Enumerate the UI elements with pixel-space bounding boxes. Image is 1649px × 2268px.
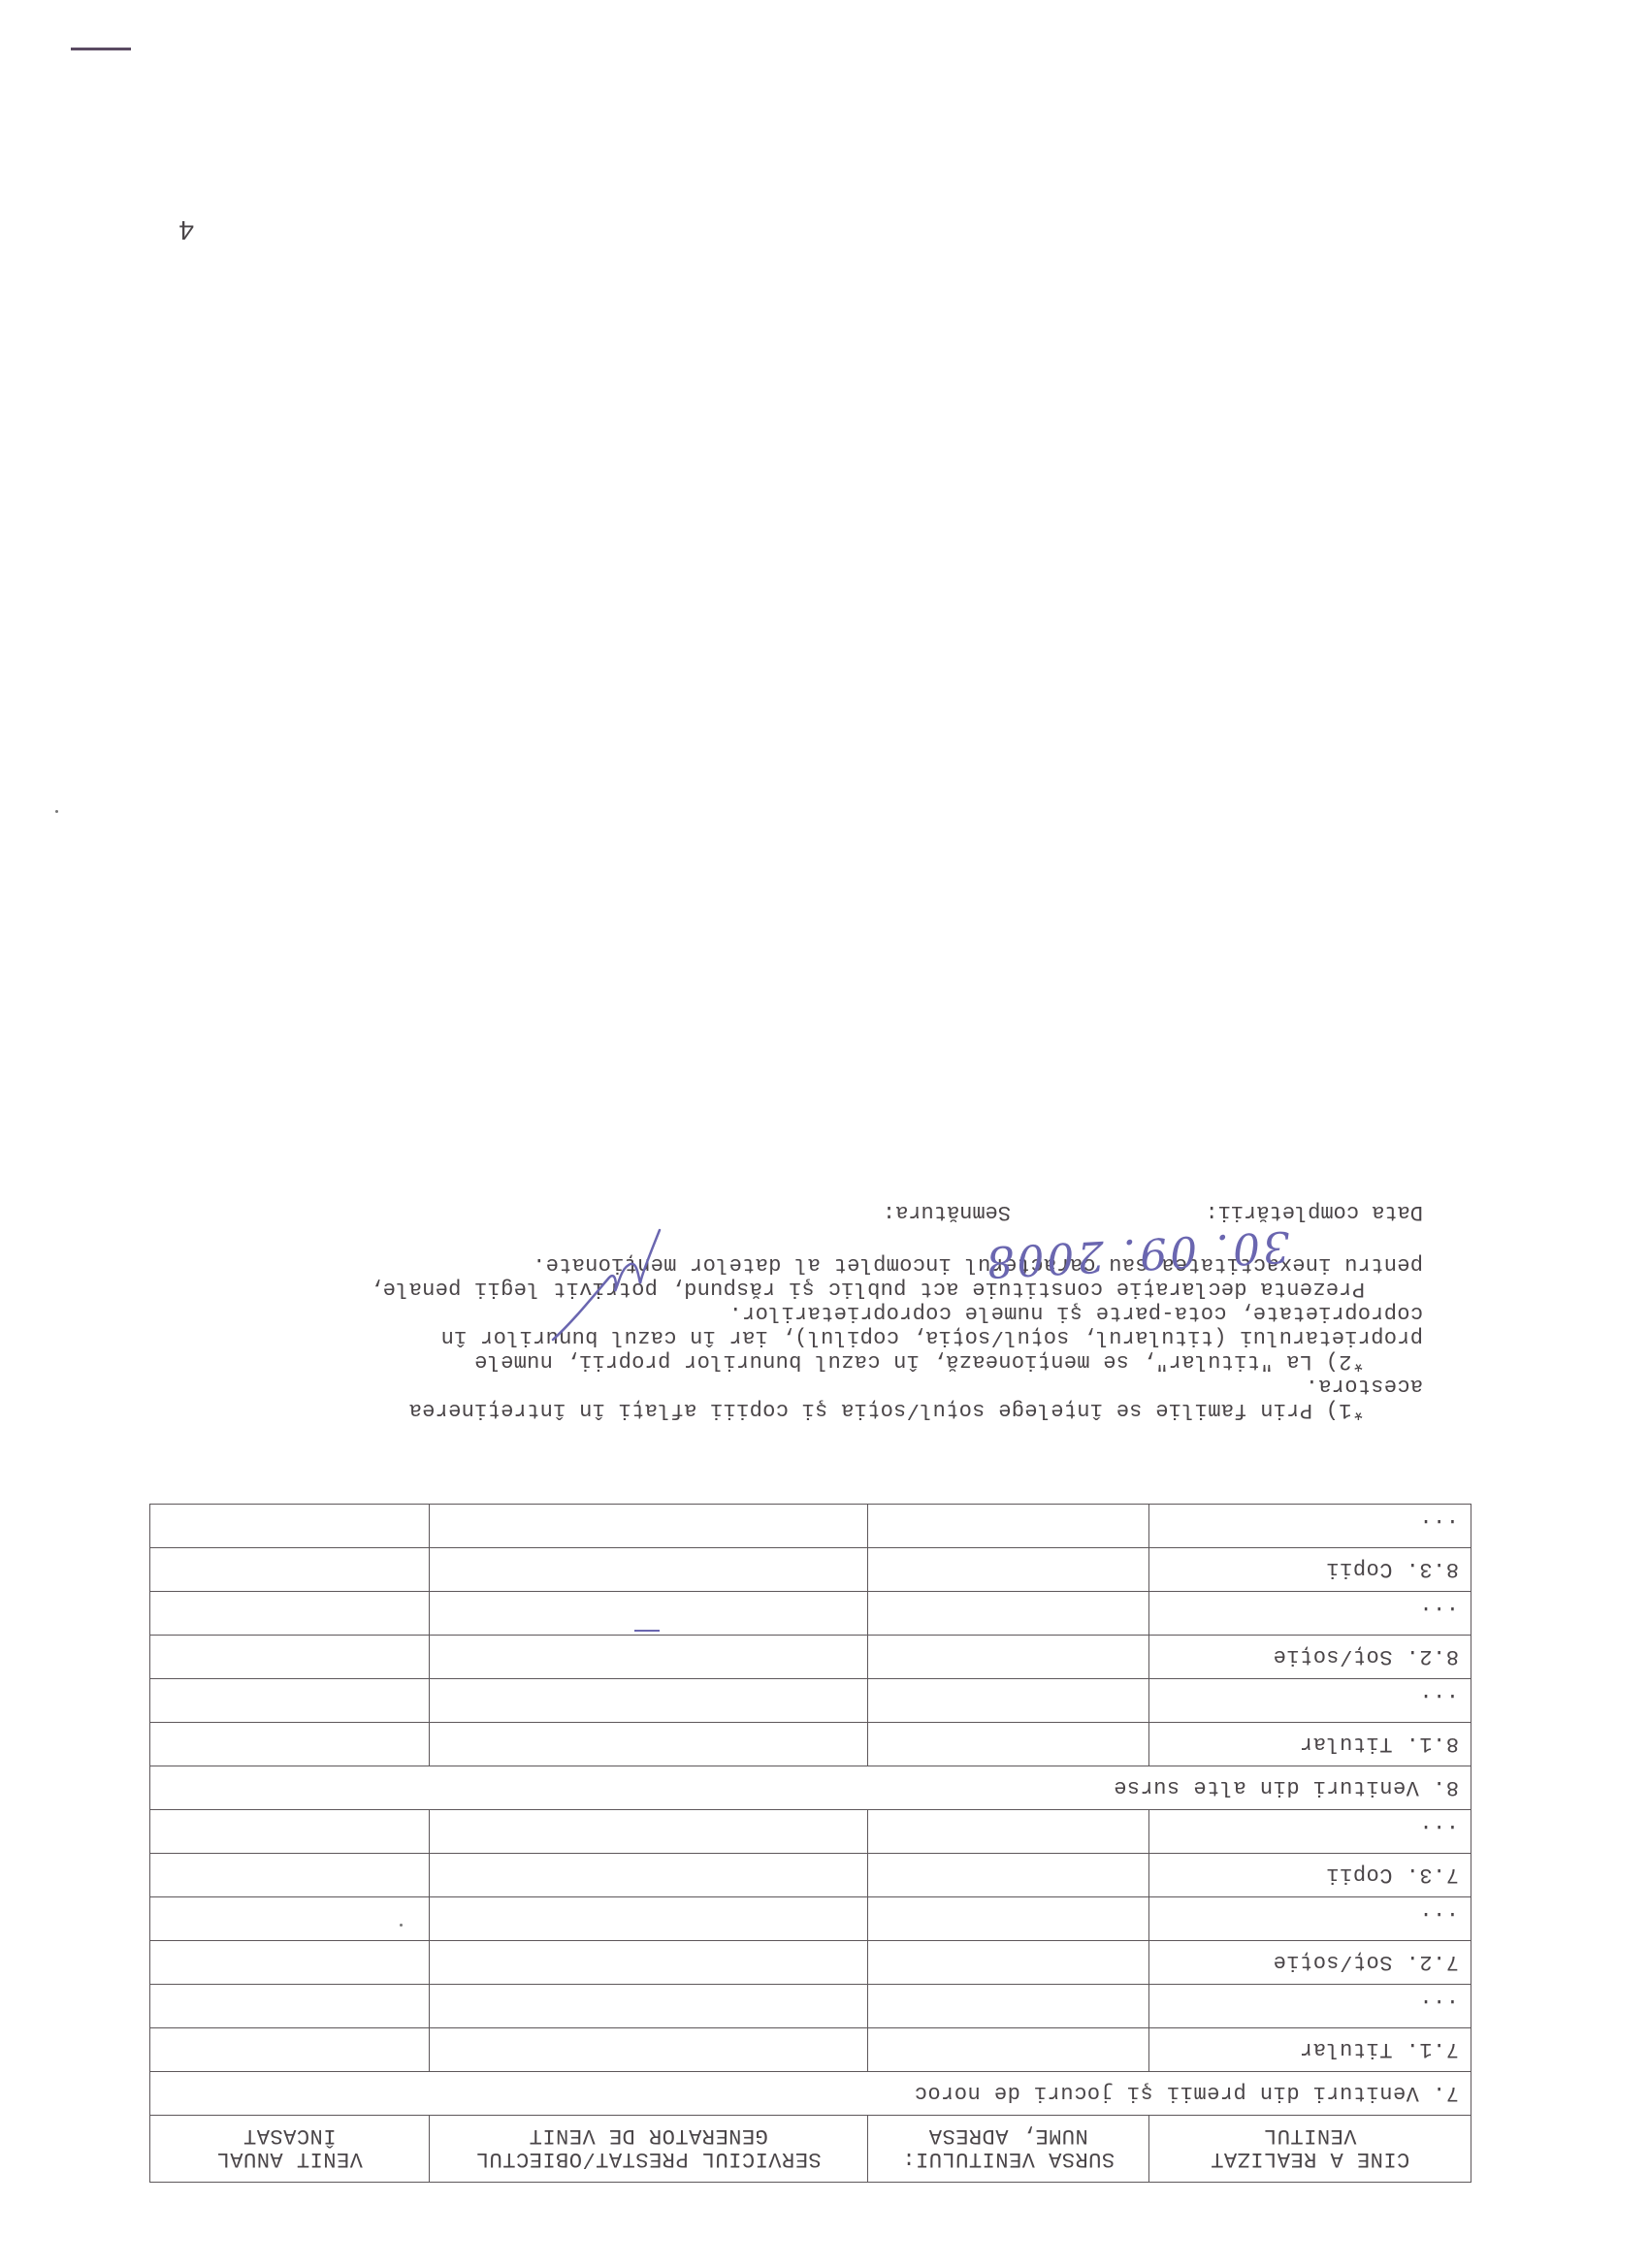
table-row: 8.3. Copii: [150, 1548, 1471, 1592]
cell-amount: [150, 1592, 430, 1636]
header-service: SERVICIUL PRESTAT/OBIECTUL GENERATOR DE …: [430, 2116, 868, 2183]
table-row: ...: [150, 1679, 1471, 1723]
cell-source: [868, 1505, 1149, 1548]
footnote-1-line-2: acestora.: [162, 1374, 1423, 1398]
cell-source: [868, 1810, 1149, 1854]
cell-who: 7.3. Copii: [1149, 1854, 1471, 1897]
cell-amount: [150, 1897, 430, 1941]
signature-scribble: [543, 1225, 679, 1342]
footnote-1-line-1: *1) Prin familie se înţelege soţul/soţia…: [162, 1398, 1423, 1422]
cell-source: [868, 1723, 1149, 1766]
cell-who: 7.1. Titular: [1149, 2028, 1471, 2072]
cell-amount: [150, 1723, 430, 1766]
cell-source: [868, 1897, 1149, 1941]
header-amount: VENIT ANUAL ÎNCASAT: [150, 2116, 430, 2183]
cell-amount: [150, 1985, 430, 2028]
table-row: ...: [150, 1505, 1471, 1548]
cell-amount: [150, 1941, 430, 1985]
cell-service: [430, 1548, 868, 1592]
table-row: ...: [150, 1897, 1471, 1941]
footnote-2-line-3: coproprietate, cota-parte şi numele copr…: [162, 1301, 1423, 1325]
cell-source: [868, 1548, 1149, 1592]
cell-service: [430, 1854, 868, 1897]
table-row: 8.1. Titular: [150, 1723, 1471, 1766]
section-row: 8. Venituri din alte surse: [150, 1766, 1471, 1810]
cell-service: [430, 1810, 868, 1854]
section-row: 7. Venituri din premii şi jocuri de noro…: [150, 2072, 1471, 2116]
cell-source: [868, 1636, 1149, 1679]
cell-who: ...: [1149, 1985, 1471, 2028]
cell-source: [868, 2028, 1149, 2072]
header-who: CINE A REALIZAT VENITUL: [1149, 2116, 1471, 2183]
cell-who: ...: [1149, 1505, 1471, 1548]
section-title: 7. Venituri din premii şi jocuri de noro…: [150, 2072, 1471, 2116]
header-source: SURSA VENITULUI: NUME, ADRESA: [868, 2116, 1149, 2183]
table-header-row: CINE A REALIZAT VENITUL SURSA VENITULUI:…: [150, 2116, 1471, 2183]
table-row: ...: [150, 1985, 1471, 2028]
cell-amount: [150, 1505, 430, 1548]
table-row: 7.3. Copii: [150, 1854, 1471, 1897]
cell-service: [430, 1897, 868, 1941]
cell-who: ...: [1149, 1592, 1471, 1636]
cell-source: [868, 1679, 1149, 1723]
table-row: ...: [150, 1810, 1471, 1854]
cell-who: ...: [1149, 1679, 1471, 1723]
cell-amount: [150, 2028, 430, 2072]
cell-service: [430, 1592, 868, 1636]
cell-source: [868, 1985, 1149, 2028]
footnotes: *1) Prin familie se înţelege soţul/soţia…: [162, 1252, 1423, 1422]
cell-service: [430, 1941, 868, 1985]
footnote-2-line-1: *2) La "titular", se menţionează, în caz…: [162, 1349, 1423, 1374]
cell-who: ...: [1149, 1810, 1471, 1854]
cell-who: ...: [1149, 1897, 1471, 1941]
signature-label: Semnătura:: [883, 1200, 1011, 1224]
pen-mark: [634, 1630, 660, 1632]
income-table: CINE A REALIZAT VENITUL SURSA VENITULUI:…: [149, 1504, 1471, 2183]
table-row: 7.1. Titular: [150, 2028, 1471, 2072]
cell-source: [868, 1592, 1149, 1636]
cell-amount: [150, 1548, 430, 1592]
scan-speck: [400, 1924, 403, 1927]
completion-date-label: Data completării:: [1206, 1200, 1423, 1224]
section-title: 8. Venituri din alte surse: [150, 1766, 1471, 1810]
cell-service: [430, 2028, 868, 2072]
cell-who: 8.2. Soţ/soţie: [1149, 1636, 1471, 1679]
table-row: 7.2. Soţ/soţie: [150, 1941, 1471, 1985]
cell-service: [430, 1723, 868, 1766]
cell-service: [430, 1636, 868, 1679]
scan-speck: [55, 810, 58, 813]
cell-amount: [150, 1679, 430, 1723]
cell-service: [430, 1985, 868, 2028]
page-number: 4: [178, 214, 194, 245]
cell-source: [868, 1941, 1149, 1985]
table-row: 8.2. Soţ/soţie: [150, 1636, 1471, 1679]
cell-who: 8.1. Titular: [1149, 1723, 1471, 1766]
cell-service: [430, 1679, 868, 1723]
table-row: ...: [150, 1592, 1471, 1636]
declaration-line-1: Prezenta declaraţie constituie act publi…: [162, 1277, 1423, 1301]
cell-who: 7.2. Soţ/soţie: [1149, 1941, 1471, 1985]
cell-amount: [150, 1636, 430, 1679]
cell-who: 8.3. Copii: [1149, 1548, 1471, 1592]
cell-amount: [150, 1854, 430, 1897]
cell-amount: [150, 1810, 430, 1854]
cell-service: [430, 1505, 868, 1548]
document-page: CINE A REALIZAT VENITUL SURSA VENITULUI:…: [0, 0, 1649, 2268]
cell-source: [868, 1854, 1149, 1897]
footnote-2-line-2: proprietarului (titularul, soţul/soţia, …: [162, 1325, 1423, 1349]
pen-mark: [71, 48, 131, 50]
